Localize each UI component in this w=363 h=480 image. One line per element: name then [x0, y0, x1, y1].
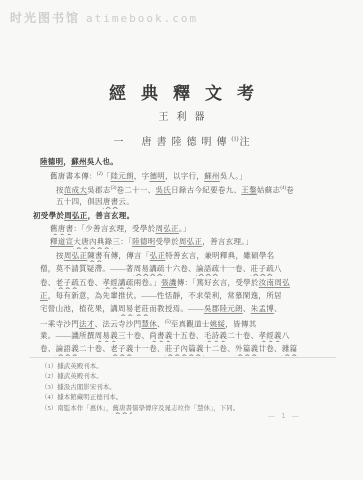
watermark-en-text: atimebook.com [86, 12, 198, 25]
body-line: 業。——譏所撰周易義三十卷、尚書義十五卷、毛詩義二十卷、孝經義八 [33, 329, 337, 342]
body-line: 按范成大吳郡志(3)卷二十一、吳氏日錄古今紀要卷九、王鏊姑蘇志(4)卷 [33, 182, 337, 195]
body-line: 宅營山池，植花果，講周易老莊而教授焉。——吳郡陸元朗、朱孟博、 [33, 302, 337, 315]
body-line: 釋道宣大唐內典錄三：「陸德明受學於周弘正，善言玄理。」 [33, 235, 337, 248]
body-line: 陸德明，蘇州吳人也。 [33, 155, 337, 168]
footnotes: （1）據武英殿刊本。（2）據武英殿刊本。（3）據汲古閣影宋刊本。（4）據本館藏明… [41, 362, 341, 414]
body-line: 僧，莫不請質疑滯。——著周易講疏十六卷、論語疏十一卷、莊子疏八 [33, 262, 337, 275]
section-number: 一 [114, 137, 124, 148]
body-line: 一乘寺沙門法才、法云寺沙門慧休、(5)至真觀道士姚綏，皆傳其 [33, 316, 337, 329]
footnote-line: （3）據汲古閣影宋刊本。 [41, 383, 341, 393]
footnote-line: （2）據武英殿刊本。 [41, 372, 341, 382]
body-line: 初受學於周弘正，善言玄理。 [33, 209, 337, 222]
book-title: 經典釋文考 [0, 79, 363, 104]
section-suffix: 注 [240, 137, 250, 148]
author-name: 王利器 [0, 108, 363, 123]
section-footnote-ref: (1) [232, 137, 239, 143]
body-line: 卷、論語義二十卷、老子義十一卷、莊子內篇義十二卷、外篇義廿卷、雜篇 [33, 342, 337, 355]
section-title: 唐書陸德明傳 [142, 137, 232, 148]
footnote-divider [30, 357, 336, 358]
footnote-line: （4）據本館藏明正德刊本。 [41, 393, 341, 403]
watermark-cn-text: 时光图书馆 [10, 11, 80, 25]
body-text: 陸德明，蘇州吳人也。舊唐書本傳：(2)「陸元朗，字德明，以字行，蘇州吳人。」按范… [33, 155, 337, 356]
page-number: — 1 — [268, 412, 301, 420]
book-page: 时光图书馆atimebook.com 經典釋文考 王利器 一唐書陸德明傳(1)注… [0, 0, 363, 480]
body-line: 正，每有新意，為先輩推伏。——性恬靜，不求榮利，常慕閑逸，所居 [33, 289, 337, 302]
body-line: 卷、老子疏五卷、孝經講疏兩卷。」張譏傳：「篤好玄言，受學於汝南周弘 [33, 276, 337, 289]
watermark: 时光图书馆atimebook.com [10, 7, 198, 26]
body-line: 舊唐書本傳：(2)「陸元朗，字德明，以字行，蘇州吳人。」 [33, 168, 337, 181]
body-line: 五十四，俱因唐書云。 [33, 195, 337, 208]
body-line: 按周弘正陳書有傳，傳言「弘正特善玄言，兼明釋典，雖碩學名 [33, 249, 337, 262]
body-line: 舊唐書：「少善言玄理，受學於周弘正。」 [33, 222, 337, 235]
footnote-line: （1）據武英殿刊本。 [41, 362, 341, 372]
section-heading: 一唐書陸德明傳(1)注 [0, 133, 363, 148]
